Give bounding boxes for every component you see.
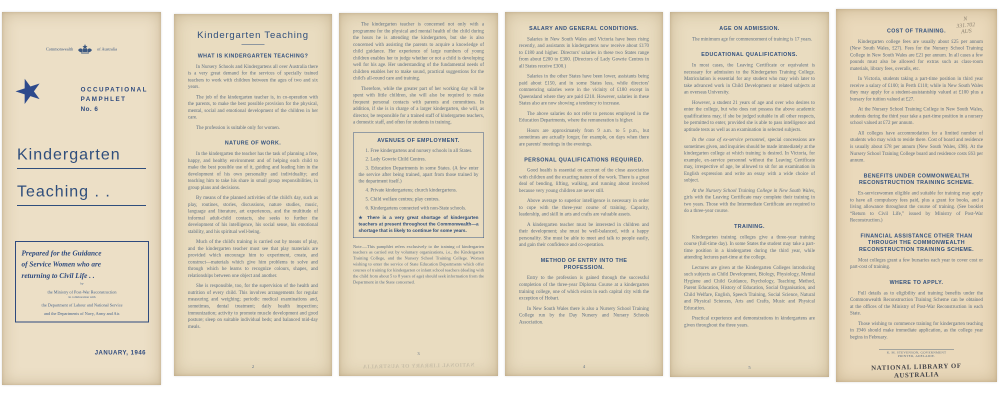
list-item: 4. Private kindergartens; church kinderg…	[359, 188, 479, 194]
list-item: 5. Child welfare centres; play centres.	[359, 197, 479, 203]
paragraph: Salaries in the other States have been l…	[519, 73, 649, 107]
guidance-line3: returning to Civil Life . .	[22, 270, 143, 281]
handwritten-catalog-number: N 331.702 AUS	[956, 15, 976, 36]
page-number: 2	[188, 360, 318, 369]
guidance-dept1: the Department of Labour and National Se…	[22, 302, 143, 308]
italic-lead: At the Nursery School Training College i…	[692, 188, 815, 194]
paragraph: The kindergarten teacher is concerned no…	[353, 21, 484, 82]
paragraph: Entry to the profession is gained throug…	[519, 275, 649, 302]
section-heading: NATURE OF WORK.	[191, 140, 315, 147]
page-number: 5	[684, 361, 815, 370]
section-heading: METHOD OF ENTRY INTO THE PROFESSION.	[522, 257, 646, 271]
paragraph: She is responsible, too, for the supervi…	[188, 283, 318, 330]
guidance-box: Prepared for the Guidance of Service Wom…	[15, 241, 149, 322]
paragraph: Practical experience and demonstrations …	[684, 315, 815, 329]
paragraph: All colleges have accommodation for a li…	[850, 130, 983, 164]
page-title: Kindergarten Teaching	[188, 30, 318, 41]
cover-page: Commonwealth of Australia ★ OCCUPATIONAL…	[2, 12, 161, 385]
section-heading: EDUCATIONAL QUALIFICATIONS.	[687, 52, 812, 59]
avenues-of-employment-box: AVENUES OF EMPLOYMENT. 1. Free kindergar…	[353, 132, 484, 237]
section-heading: TRAINING.	[687, 223, 812, 230]
section-heading: SALARY AND GENERAL CONDITIONS.	[522, 26, 646, 33]
shortage-note: ★ There is a very great shortage of kind…	[359, 214, 479, 233]
pamphlet-line2: PAMPHLET	[81, 95, 148, 105]
national-library-stamp: NATIONAL LIBRARY OF AUSTRALIA	[850, 361, 983, 380]
page-6: N 331.702 AUS COST OF TRAINING. Kinderga…	[836, 9, 997, 382]
cover-title-line2: Teaching . .	[17, 182, 146, 206]
paragraph: Ex-servicewomen eligible and suitable fo…	[850, 190, 983, 224]
coat-of-arms-icon	[77, 43, 94, 55]
paragraph: In Nursery Schools and Kindergartens all…	[188, 63, 318, 90]
guidance-dept2: and the Departments of Navy, Army and Ai…	[22, 311, 143, 317]
page-number: 4	[519, 360, 649, 369]
stamp-showthrough: NATIONAL LIBRARY OF AUSTRALIA	[353, 362, 484, 370]
page-2: Kindergarten Teaching WHAT IS KINDERGART…	[174, 14, 332, 376]
section-heading: WHERE TO APPLY.	[853, 279, 980, 286]
paragraph: In New South Wales there is also a Nurse…	[519, 305, 649, 325]
page-3: The kindergarten teacher is concerned no…	[339, 13, 498, 376]
paragraph: Good health is essential on account of t…	[519, 167, 649, 194]
crest-left-text: Commonwealth	[46, 47, 73, 52]
paragraph: Full details as to eligibility and train…	[850, 290, 983, 317]
italic-lead: In the case of ex-service personnel,	[692, 137, 766, 143]
list-item: 6. Kindergartens connected with non-Stat…	[359, 205, 479, 211]
pamphlet-number: No. 6	[81, 104, 148, 114]
section-heading: AVENUES OF EMPLOYMENT.	[359, 137, 479, 144]
footnote: Note.—This pamphlet refers exclusively t…	[353, 244, 484, 286]
paragraph: The job of the kindergarten teacher is, …	[188, 94, 318, 121]
printer-imprint: K. M. STEVENSON, GOVERNMENT PRINTER, ADE…	[879, 349, 954, 358]
section-heading: WHAT IS KINDERGARTEN TEACHING?	[191, 53, 315, 60]
paragraph: The profession is suitable only for wome…	[188, 124, 318, 131]
guidance-line2: of Service Women who are	[22, 259, 143, 270]
star-icon: ★	[10, 71, 48, 112]
cover-title-line1: Kindergarten	[17, 145, 146, 169]
paragraph: Kindergarten college fees are usually ab…	[850, 38, 983, 72]
page-number: 3	[353, 347, 484, 356]
paragraph: Therefore, while the greater part of her…	[353, 85, 484, 126]
paragraph: Most colleges grant a few bursaries each…	[850, 257, 983, 271]
paragraph: The minimum age for commencement of trai…	[684, 36, 815, 43]
publication-date: JANUARY, 1946	[95, 349, 146, 356]
pamphlet-line1: OCCUPATIONAL	[81, 85, 148, 95]
paragraph: In most cases, the Leaving Certificate o…	[684, 62, 815, 96]
paragraph: Kindergarten training colleges give a th…	[684, 234, 815, 261]
section-heading: AGE ON ADMISSION.	[687, 26, 812, 33]
paragraph: The above salaries do not refer to perso…	[519, 110, 649, 124]
paragraph: In the kindergarten the teacher has the …	[188, 151, 318, 192]
guidance-line1: Prepared for the Guidance	[22, 248, 143, 259]
paragraph-rest: girls with the Leaving Certificate may c…	[684, 195, 815, 214]
crest-right-text: of Australia	[97, 47, 117, 52]
paragraph: Hours are approximately from 9 a.m. to 5…	[519, 127, 649, 147]
paragraph: However, a student 21 years of age and o…	[684, 99, 815, 133]
paragraph: Lectures are given at the Kindergarten C…	[684, 264, 815, 311]
paragraph: In the case of ex-service personnel, spe…	[684, 137, 815, 184]
section-heading: FINANCIAL ASSISTANCE OTHER THAN THROUGH …	[853, 233, 980, 254]
guidance-by: by	[22, 282, 143, 287]
page-5: AGE ON ADMISSION. The minimum age for co…	[670, 12, 829, 377]
paragraph-rest: special concessions are sometimes given,…	[684, 137, 815, 183]
list-item: 1. Free kindergartens and nursery school…	[359, 148, 479, 154]
section-heading: BENEFITS UNDER COMMONWEALTH RECONSTRUCTI…	[853, 173, 980, 187]
section-heading: PERSONAL QUALIFICATIONS REQUIRED.	[522, 157, 646, 164]
paragraph: Much of the child's training is carried …	[188, 239, 318, 280]
paragraph: Those wishing to commence training for k…	[850, 320, 983, 340]
page-4: SALARY AND GENERAL CONDITIONS. Salaries …	[505, 12, 663, 376]
guidance-collab: in collaboration with	[22, 295, 143, 300]
paragraph: Above average to superior intelligence i…	[519, 198, 649, 218]
paragraph: Salaries in New South Wales and Victoria…	[519, 36, 649, 70]
pamphlet-label: OCCUPATIONAL PAMPHLET No. 6	[81, 85, 148, 114]
commonwealth-crest-row: Commonwealth of Australia	[2, 43, 161, 55]
paragraph: By means of the planned activities of th…	[188, 195, 318, 236]
cover-title: Kindergarten Teaching . .	[17, 145, 146, 219]
paragraph: In Victoria, students taking a part-time…	[850, 76, 983, 103]
list-item: 3. Education Departments in some States.…	[359, 166, 479, 185]
paragraph: At the Nursery School Training College i…	[850, 106, 983, 126]
paragraph: A kindergarten teacher must be intereste…	[519, 221, 649, 248]
list-item: 2. Lady Gowrie Child Centres.	[359, 157, 479, 163]
title-divider	[242, 44, 265, 45]
paragraph: At the Nursery School Training College i…	[684, 187, 815, 214]
